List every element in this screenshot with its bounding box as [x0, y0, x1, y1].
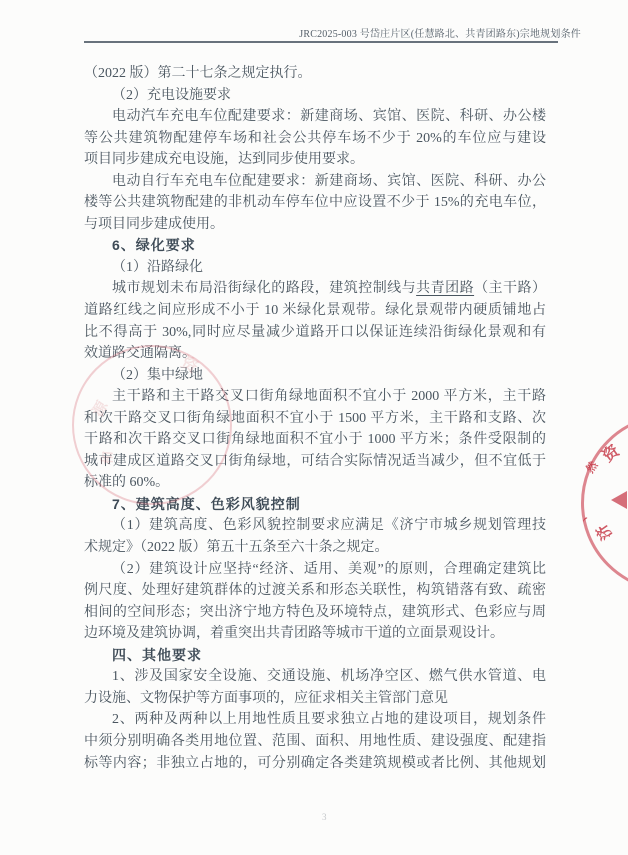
- text-line: 术规定》（2022 版）第五十五条至六十条之规定。: [84, 537, 546, 559]
- text-line: 干路和次干路交叉口街角绿地面积不宜小于 1000 平方米；条件受限制的: [84, 429, 546, 451]
- text-line: 城市建成区道路交叉口街角绿地，可结合实际情况适当减少，但不宜低于: [84, 451, 546, 473]
- text-segment: 边环境及建筑协调，着重突出共青团路等城市干道的立面景观设计。: [84, 626, 504, 641]
- text-line: （2）充电设施要求: [84, 85, 546, 107]
- text-segment: 力设施、文物保护等方面事项的，应征求相关主管部门意见: [84, 691, 448, 706]
- text-line: 和次干路交叉口街角绿地面积不宜小于 1500 平方米，主干路和支路、次: [84, 408, 546, 430]
- text-line: 电动自行车充电车位配建要求：新建商场、宾馆、医院、科研、办公: [84, 171, 546, 193]
- official-seal-star-icon: [611, 491, 627, 509]
- text-segment: 2、两种及两种以上用地性质且要求独立占地的建设项目，规划条件: [112, 712, 546, 727]
- text-segment: 术规定》（2022 版）第五十五条至六十条之规定。: [84, 540, 389, 555]
- text-segment: 中须分别明确各类用地位置、范围、面积、用地性质、建设强度、配建指: [84, 734, 546, 749]
- text-segment: 项目同步建成充电设施，达到同步使用要求。: [84, 152, 364, 167]
- text-segment: 四、其他要求: [112, 647, 202, 663]
- text-line: 效道路交通隔离。: [84, 343, 546, 365]
- section-heading: 7、建筑高度、色彩风貌控制: [84, 494, 546, 516]
- text-segment: （2022 版）第二十七条之规定执行。: [84, 66, 312, 81]
- text-line: 道路红线之间应形成不小于 10 米绿化景观带。绿化景观带内硬质铺地占: [84, 300, 546, 322]
- text-segment: （2）集中绿地: [112, 368, 203, 383]
- text-segment: （2）充电设施要求: [112, 88, 231, 103]
- text-segment: 1、涉及国家安全设施、交通设施、机场净空区、燃气供水管道、电: [112, 669, 546, 684]
- text-segment: （1）建筑高度、色彩风貌控制要求应满足《济宁市城乡规划管理技: [112, 518, 546, 533]
- text-segment: （1）沿路绿化: [112, 260, 203, 275]
- text-line: 电动汽车充电车位配建要求：新建商场、宾馆、医院、科研、办公楼: [84, 106, 546, 128]
- text-segment: 主干路和主干路交叉口街角绿地面积不宜小于 2000 平方米，主干路: [112, 389, 546, 404]
- text-line: 城市规划未布局沿街绿化的路段，建筑控制线与共青团路（主干路）: [84, 278, 546, 300]
- text-line: 例尺度、处理好建筑群体的过渡关系和形态关联性，构筑错落有致、疏密: [84, 580, 546, 602]
- text-line: 标等内容；非独立占地的，可分别确定各类建筑规模或者比例、其他规划: [84, 753, 546, 775]
- text-line: 与项目同步建成使用。: [84, 214, 546, 236]
- text-segment: 电动汽车充电车位配建要求：新建商场、宾馆、医院、科研、办公楼: [112, 109, 546, 124]
- text-segment: 等公共建筑物配建停车场和社会公共停车场不少于 20%的车位应与建设: [84, 131, 546, 146]
- header-rule: [84, 41, 558, 43]
- text-line: 等公共建筑物配建停车场和社会公共停车场不少于 20%的车位应与建设: [84, 128, 546, 150]
- text-line: （1）沿路绿化: [84, 257, 546, 279]
- text-segment: 效道路交通隔离。: [84, 346, 196, 361]
- text-segment: 比不得高于 30%,同时应尽量减少道路开口以保证连续沿街绿化景观和有: [84, 325, 546, 340]
- text-line: 力设施、文物保护等方面事项的，应征求相关主管部门意见: [84, 688, 546, 710]
- text-line: 标准的 60%。: [84, 472, 546, 494]
- text-segment: 6、绿化要求: [112, 237, 196, 253]
- text-line: （2022 版）第二十七条之规定执行。: [84, 63, 546, 85]
- text-segment: 楼等公共建筑物配建的非机动车停车位中应设置不少于 15%的充电车位，: [84, 195, 546, 210]
- text-line: （1）建筑高度、色彩风貌控制要求应满足《济宁市城乡规划管理技: [84, 515, 546, 537]
- text-segment: 相间的空间形态；突出济宁地方特色及环境特点，建筑形式、色彩应与周: [84, 605, 546, 620]
- document-page: JRC2025-003 号岱庄片区(任慧路北、共青团路东)宗地规划条件 （202…: [0, 0, 628, 855]
- text-segment: 7、建筑高度、色彩风貌控制: [112, 496, 301, 512]
- text-line: 1、涉及国家安全设施、交通设施、机场净空区、燃气供水管道、电: [84, 666, 546, 688]
- text-line: 项目同步建成充电设施，达到同步使用要求。: [84, 149, 546, 171]
- text-segment: 标等内容；非独立占地的，可分别确定各类建筑规模或者比例、其他规划: [84, 756, 546, 771]
- text-segment: 城市建成区道路交叉口街角绿地，可结合实际情况适当减少，但不宜低于: [84, 454, 546, 469]
- text-segment: 和次干路交叉口街角绿地面积不宜小于 1500 平方米，主干路和支路、次: [84, 411, 546, 426]
- text-segment: 标准的 60%。: [84, 475, 169, 490]
- text-line: 相间的空间形态；突出济宁地方特色及环境特点，建筑形式、色彩应与周: [84, 602, 546, 624]
- text-line: 边环境及建筑协调，着重突出共青团路等城市干道的立面景观设计。: [84, 623, 546, 645]
- text-line: 比不得高于 30%,同时应尽量减少道路开口以保证连续沿街绿化景观和有: [84, 322, 546, 344]
- official-seal-circle: [581, 414, 628, 592]
- text-segment: 干路和次干路交叉口街角绿地面积不宜小于 1000 平方米；条件受限制的: [84, 432, 546, 447]
- official-seal-character: 济: [591, 520, 617, 544]
- section-heading: 四、其他要求: [84, 645, 546, 667]
- text-line: （2）建筑设计应坚持“经济、适用、美观”的原则，合理确定建筑比: [84, 559, 546, 581]
- text-segment: （2）建筑设计应坚持“经济、适用、美观”的原则，合理确定建筑比: [112, 562, 546, 577]
- text-line: 主干路和主干路交叉口街角绿地面积不宜小于 2000 平方米，主干路: [84, 386, 546, 408]
- document-body: （2022 版）第二十七条之规定执行。（2）充电设施要求电动汽车充电车位配建要求…: [84, 63, 546, 774]
- underlined-road-name: 共青团路: [416, 281, 474, 296]
- official-seal-character: 丶: [578, 515, 593, 525]
- page-number: 3: [322, 812, 327, 822]
- text-line: 2、两种及两种以上用地性质且要求独立占地的建设项目，规划条件: [84, 709, 546, 731]
- text-line: 中须分别明确各类用地位置、范围、面积、用地性质、建设强度、配建指: [84, 731, 546, 753]
- page-header-title: JRC2025-003 号岱庄片区(任慧路北、共青团路东)宗地规划条件: [299, 25, 581, 40]
- text-line: （2）集中绿地: [84, 365, 546, 387]
- official-seal-character: 资: [597, 439, 624, 467]
- text-segment: 城市规划未布局沿街绿化的路段，建筑控制线与: [112, 281, 416, 296]
- text-line: 楼等公共建筑物配建的非机动车停车位中应设置不少于 15%的充电车位，: [84, 192, 546, 214]
- text-segment: 与项目同步建成使用。: [84, 217, 224, 232]
- official-seal-character: 然: [582, 458, 601, 476]
- text-segment: 电动自行车充电车位配建要求：新建商场、宾馆、医院、科研、办公: [112, 174, 546, 189]
- section-heading: 6、绿化要求: [84, 235, 546, 257]
- text-segment: 例尺度、处理好建筑群体的过渡关系和形态关联性，构筑错落有致、疏密: [84, 583, 546, 598]
- text-segment: （主干路）: [474, 281, 546, 296]
- text-segment: 道路红线之间应形成不小于 10 米绿化景观带。绿化景观带内硬质铺地占: [84, 303, 546, 318]
